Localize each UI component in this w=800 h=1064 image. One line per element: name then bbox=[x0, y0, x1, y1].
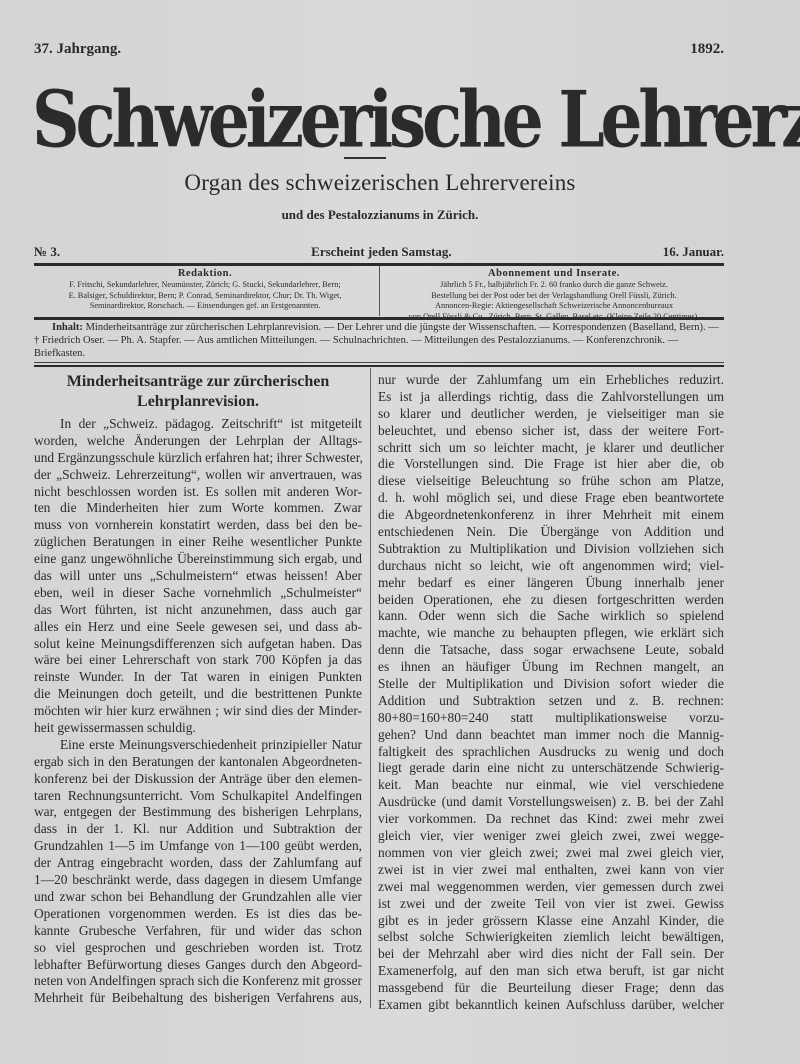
text-line: kannte Grubesche Verfahren, für und wide… bbox=[34, 923, 362, 940]
box-separator bbox=[379, 266, 380, 316]
article-title: Minderheitsanträge zur zürcherischen Leh… bbox=[34, 372, 362, 412]
text-line: mehr bedarf es einer längeren Übung inne… bbox=[378, 575, 724, 592]
abonnement-box: Abonnement und Inserate. Jährlich 5 Fr.,… bbox=[384, 267, 724, 322]
text-line: 80+80=160+80=240 statt multiplikationswe… bbox=[378, 710, 724, 727]
text-line: keit. Man beachte nur einmal, wie viel v… bbox=[378, 777, 724, 794]
left-column-text: In der „Schweiz. pädagog. Zeitschrift“ i… bbox=[34, 416, 362, 1007]
pestalozzianum-subtitle: und des Pestalozzianums in Zürich. bbox=[0, 207, 760, 223]
text-line: heit gewissermassen schuldig. bbox=[34, 720, 362, 737]
text-line: Addition und Subtraktion setzen und z. B… bbox=[378, 693, 724, 710]
text-line: nommen von vier gleich zwei; zwei mal zw… bbox=[378, 845, 724, 862]
column-separator bbox=[370, 368, 371, 1008]
table-of-contents: Inhalt: Minderheitsanträge zur zürcheris… bbox=[34, 321, 724, 360]
text-line: war, entgegen der Bestimmung des bisheri… bbox=[34, 804, 362, 821]
text-line: ergab sich in den Beratungen der kantona… bbox=[34, 754, 362, 771]
text-line: machte, wie manche zu behaupten pflegen,… bbox=[378, 625, 724, 642]
text-line: möchten wir hier kurz erwähnen ; wir sin… bbox=[34, 703, 362, 720]
volume-year-line: 37. Jahrgang. 1892. bbox=[34, 41, 724, 58]
right-column-text: nur wurde der Zahlumfang um ein Erheblic… bbox=[378, 372, 724, 1014]
text-line: alles ein Herz und eine Seele gewesen se… bbox=[34, 619, 362, 636]
masthead-title: Schweizerische Lehrerzeitung. bbox=[32, 72, 726, 166]
text-line: und Ergänzungsschule kürzlich erfahren h… bbox=[34, 450, 362, 467]
text-line: vier vorkommen. Da rechnet das Kind: zwe… bbox=[378, 811, 724, 828]
inhalt-label: Inhalt: bbox=[34, 322, 83, 333]
text-line: massgebend für die Beurteilung dieser Fr… bbox=[378, 980, 724, 997]
contents-rule-1 bbox=[34, 362, 724, 363]
text-line: gibt es in jeder grössern Klasse eine An… bbox=[378, 913, 724, 930]
text-line: zwei mal weggenommen werden, vier gemess… bbox=[378, 879, 724, 896]
redaktion-heading: Redaktion. bbox=[34, 267, 376, 280]
article-title-line: Lehrplanrevision. bbox=[34, 392, 362, 412]
text-line: worden, welche Änderungen der Lehrplan d… bbox=[34, 433, 362, 450]
text-line: In der „Schweiz. pädagog. Zeitschrift“ i… bbox=[34, 416, 362, 433]
newspaper-page: 37. Jahrgang. 1892. Schweizerische Lehre… bbox=[0, 0, 800, 1064]
text-line: und zwar schon bei Behandlung der Grundz… bbox=[34, 889, 362, 906]
text-line: Examen gibt bekanntlich keinen Aufschlus… bbox=[378, 997, 724, 1014]
organ-subtitle: Organ des schweizerischen Lehrervereins bbox=[0, 170, 760, 196]
inhalt-text: Minderheitsanträge zur zürcherischen Leh… bbox=[34, 322, 719, 359]
text-line: das Wort führten, ist nicht anzunehmen, … bbox=[34, 602, 362, 619]
issue-date: 16. Januar. bbox=[663, 244, 724, 260]
article-title-line: Minderheitsanträge zur zürcherischen bbox=[34, 372, 362, 392]
masthead-divider bbox=[344, 157, 386, 159]
redaktion-line: E. Balsiger, Schuldirektor, Bern; P. Con… bbox=[34, 291, 376, 302]
redaktion-box: Redaktion. F. Fritschi, Sekundarlehrer, … bbox=[34, 267, 376, 312]
text-line: Ausdrücke (und damit Vorstellungsweisen)… bbox=[378, 794, 724, 811]
text-line: eine ganz ungewöhnliche Übereinstimmung … bbox=[34, 551, 362, 568]
text-line: Eine erste Meinungsverschiedenheit prinz… bbox=[34, 737, 362, 754]
text-line: kann. Oder wenn sich die Sache wirklich … bbox=[378, 608, 724, 625]
text-line: solut keine Meinungsdifferenzen sich auf… bbox=[34, 636, 362, 653]
text-line: durchaus nicht so leicht, wie oft angeno… bbox=[378, 558, 724, 575]
text-line: züglichen Beratungen in einer Reihe wese… bbox=[34, 534, 362, 551]
text-line: konferenz bei der Diskussion der Anträge… bbox=[34, 771, 362, 788]
abonnement-line: Jährlich 5 Fr., halbjährlich Fr. 2. 60 f… bbox=[384, 280, 724, 291]
text-line: denn die Tatsache, dass sogar erwachsene… bbox=[378, 642, 724, 659]
text-line: dass in der 1. Kl. nur Addition und Subt… bbox=[34, 821, 362, 838]
text-line: die Meinungen doch geteilt, und die best… bbox=[34, 686, 362, 703]
redaktion-line: Seminardirektor, Rorschach. — Einsendung… bbox=[34, 301, 376, 312]
year-label: 1892. bbox=[690, 41, 724, 58]
text-line: zwei ist in vier zwei mal enthalten, zwe… bbox=[378, 862, 724, 879]
contents-rule-2 bbox=[34, 365, 724, 367]
text-line: schritt sich um so leichter macht, je kl… bbox=[378, 440, 724, 457]
text-line: Stelle der Multiplikation und Division s… bbox=[378, 676, 724, 693]
text-line: Es ist ja allerdings richtig, dass die Z… bbox=[378, 389, 724, 406]
text-line: nur wurde der Zahlumfang um ein Erheblic… bbox=[378, 372, 724, 389]
article-right-column: nur wurde der Zahlumfang um ein Erheblic… bbox=[378, 372, 724, 1014]
text-line: Grundzahlen 1—5 im Umfange von 1—100 geü… bbox=[34, 838, 362, 855]
text-line: faltigkeit des sprachlichen Ausdrucks zu… bbox=[378, 744, 724, 761]
issue-line: № 3. Erscheint jeden Samstag. 16. Januar… bbox=[34, 244, 724, 260]
text-line: beleuchtet, und ebenso sicher ist, dass … bbox=[378, 423, 724, 440]
text-line: Subtraktion zu Multiplikation und Divisi… bbox=[378, 541, 724, 558]
text-line: 1—20 beschränkt werde, dass dagegen in d… bbox=[34, 872, 362, 889]
text-line: entschiedenen Nein. Die Übergänge von Ad… bbox=[378, 524, 724, 541]
text-line: muss von vornherein konstatirt werden, d… bbox=[34, 517, 362, 534]
issue-number: № 3. bbox=[34, 244, 60, 260]
text-line: ten die Minderheiten hier zum Worte komm… bbox=[34, 500, 362, 517]
text-line: die Vorstellungen sind. Die Frage ist hi… bbox=[378, 456, 724, 473]
text-line: reinste Wunder. In der Tat waren in eini… bbox=[34, 669, 362, 686]
box-rule bbox=[34, 317, 724, 320]
abonnement-heading: Abonnement und Inserate. bbox=[384, 267, 724, 280]
text-line: das will unter uns „Schulmeistern“ etwas… bbox=[34, 568, 362, 585]
text-line: Operationen vorgenommen werden. Es ist d… bbox=[34, 906, 362, 923]
text-line: bei der Mehrzahl aber wird dies nicht de… bbox=[378, 946, 724, 963]
text-line: beiden Operationen, ehe zu diesen fortge… bbox=[378, 592, 724, 609]
abonnement-line: Bestellung bei der Post oder bei der Ver… bbox=[384, 291, 724, 302]
article-left-column: Minderheitsanträge zur zürcherischen Leh… bbox=[34, 372, 362, 1007]
text-line: wäre bei einer Lehrerschaft von stark 70… bbox=[34, 652, 362, 669]
text-line: taren Rechnungsunterricht. Vom Schulkapi… bbox=[34, 788, 362, 805]
text-line: gehen? Und dann beachtet man immer noch … bbox=[378, 727, 724, 744]
volume-label: 37. Jahrgang. bbox=[34, 41, 121, 58]
publication-frequency: Erscheint jeden Samstag. bbox=[311, 244, 451, 260]
text-line: die Abgeordnetenkonferenz in ihrer Mehrh… bbox=[378, 507, 724, 524]
text-line: der Antrag eingebracht worden, dass der … bbox=[34, 855, 362, 872]
text-line: d. h. wohl möglich sei, und diese Frage … bbox=[378, 490, 724, 507]
text-line: selbst solche Schwierigkeiten ziemlich l… bbox=[378, 929, 724, 946]
text-line: neten von Andelfingen sprach sich die Ko… bbox=[34, 973, 362, 990]
text-line: so klarer und deutlicher werden, je viel… bbox=[378, 406, 724, 423]
text-line: gleich vier, vier weniger zwei gleich zw… bbox=[378, 828, 724, 845]
redaktion-line: F. Fritschi, Sekundarlehrer, Neumünster,… bbox=[34, 280, 376, 291]
text-line: liegt gerade darin eine nicht zu untersc… bbox=[378, 760, 724, 777]
text-line: so viel gesprochen und geschrieben worde… bbox=[34, 940, 362, 957]
abonnement-line: Annoncen-Regie: Aktiengesellschaft Schwe… bbox=[384, 301, 724, 312]
text-line: es ihnen an häufiger Übung im Rechnen ma… bbox=[378, 659, 724, 676]
text-line: Mehrheit für Beibehaltung des bisherigen… bbox=[34, 990, 362, 1007]
text-line: ist zwei und der zweite Teil von vier is… bbox=[378, 896, 724, 913]
text-line: lebhafter Befürwortung dieses Ganges dur… bbox=[34, 957, 362, 974]
text-line: eben, weil in dieser Sache vornehmlich „… bbox=[34, 585, 362, 602]
text-line: der „Schweiz. Lehrerzeitung“, wollen wir… bbox=[34, 467, 362, 484]
text-line: nicht beschlossen worden ist. Es sollen … bbox=[34, 484, 362, 501]
text-line: Examenerfolg, auf den man sich etwa beru… bbox=[378, 963, 724, 980]
text-line: diese vielseitige Beleuchtung so frühe s… bbox=[378, 473, 724, 490]
